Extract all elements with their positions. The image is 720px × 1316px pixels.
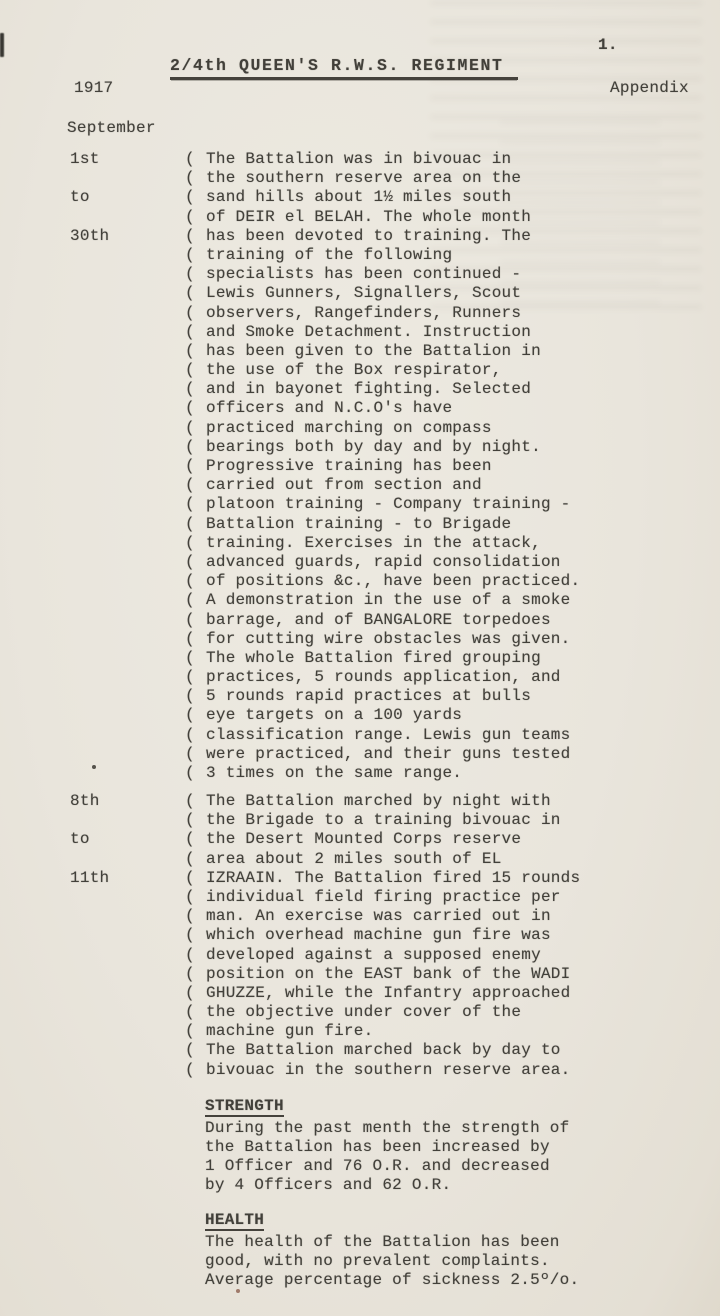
- entry-line-text: carried out from section and: [206, 476, 482, 494]
- entry-line-text: The Battalion marched back by day to: [206, 1041, 561, 1059]
- section-heading: HEALTH: [205, 1212, 264, 1231]
- entry-line-text: observers, Rangefinders, Runners: [206, 304, 521, 322]
- open-paren-mark: (: [185, 304, 206, 323]
- open-paren-mark: (: [185, 208, 206, 227]
- entry-line-text: which overhead machine gun fire was: [206, 926, 551, 944]
- entry-line-text: training of the following: [206, 246, 452, 264]
- open-paren-mark: (: [185, 946, 206, 965]
- open-paren-mark: (: [185, 265, 206, 284]
- entry-line-text: individual field firing practice per: [206, 888, 561, 906]
- open-paren-mark: (: [185, 476, 206, 495]
- open-paren-mark: (: [185, 965, 206, 984]
- open-paren-mark: (: [185, 706, 206, 725]
- entry-line: (of DEIR el BELAH. The whole month: [185, 208, 580, 227]
- entry-line: (5 rounds rapid practices at bulls: [185, 687, 580, 706]
- open-paren-mark: (: [185, 591, 206, 610]
- open-paren-mark: (: [185, 399, 206, 418]
- entry-line: (has been given to the Battalion in: [185, 342, 580, 361]
- entry-line: (has been devoted to training. The: [185, 227, 580, 246]
- entry-lines: (The Battalion marched by night with(the…: [185, 792, 580, 1080]
- open-paren-mark: (: [185, 830, 206, 849]
- entry-line-text: A demonstration in the use of a smoke: [206, 591, 571, 609]
- entry-line: (developed against a supposed enemy: [185, 946, 580, 965]
- open-paren-mark: (: [185, 323, 206, 342]
- entry-line: (The Battalion marched back by day to: [185, 1041, 580, 1060]
- entry-line-text: 3 times on the same range.: [206, 764, 462, 782]
- entry-line: (position on the EAST bank of the WADI: [185, 965, 580, 984]
- entry-date-end: 30th: [70, 227, 109, 245]
- open-paren-mark: (: [185, 1041, 206, 1060]
- entry-line-text: position on the EAST bank of the WADI: [206, 965, 571, 983]
- open-paren-mark: (: [185, 907, 206, 926]
- open-paren-mark: (: [185, 888, 206, 907]
- entry-line-text: of positions &c., have been practiced.: [206, 572, 580, 590]
- entry-line: (the southern reserve area on the: [185, 169, 580, 188]
- open-paren-mark: (: [185, 553, 206, 572]
- entry-line-text: developed against a supposed enemy: [206, 946, 541, 964]
- entry-line: (The whole Battalion fired grouping: [185, 649, 580, 668]
- entry-line-text: the objective under cover of the: [206, 1003, 521, 1021]
- open-paren-mark: (: [185, 150, 206, 169]
- entry-line-text: bivouac in the southern reserve area.: [206, 1061, 571, 1079]
- entry-line: (and Smoke Detachment. Instruction: [185, 323, 580, 342]
- open-paren-mark: (: [185, 926, 206, 945]
- entry-line-text: 5 rounds rapid practices at bulls: [206, 687, 531, 705]
- entry-line-text: Lewis Gunners, Signallers, Scout: [206, 284, 521, 302]
- open-paren-mark: (: [185, 438, 206, 457]
- entry-line: (of positions &c., have been practiced.: [185, 572, 580, 591]
- entry-line: (observers, Rangefinders, Runners: [185, 304, 580, 323]
- entry-line: (classification range. Lewis gun teams: [185, 726, 580, 745]
- entry-line: (The Battalion was in bivouac in: [185, 150, 580, 169]
- entry-date-start: 1st: [70, 150, 100, 168]
- open-paren-mark: (: [185, 572, 206, 591]
- section-heading: STRENGTH: [205, 1098, 284, 1117]
- entry-lines: (The Battalion was in bivouac in(the sou…: [185, 150, 580, 783]
- report-section: STRENGTHDuring the past menth the streng…: [205, 1097, 685, 1195]
- entry-line-text: machine gun fire.: [206, 1022, 373, 1040]
- entry-line: (which overhead machine gun fire was: [185, 926, 580, 945]
- entry-date-mid: to: [70, 830, 90, 848]
- open-paren-mark: (: [185, 984, 206, 1003]
- open-paren-mark: (: [185, 630, 206, 649]
- entry-line: (practices, 5 rounds application, and: [185, 668, 580, 687]
- section-line: 1 Officer and 76 O.R. and decreased: [205, 1157, 685, 1176]
- entry-line: (platoon training - Company training -: [185, 495, 580, 514]
- open-paren-mark: (: [185, 419, 206, 438]
- entry-line-text: specialists has been continued -: [206, 265, 521, 283]
- section-line: Average percentage of sickness 2.5º/o.: [205, 1271, 685, 1290]
- entry-date-end: 11th: [70, 869, 109, 887]
- open-paren-mark: (: [185, 361, 206, 380]
- entry-line: (Lewis Gunners, Signallers, Scout: [185, 284, 580, 303]
- entry-line: (The Battalion marched by night with: [185, 792, 580, 811]
- entry-line-text: practiced marching on compass: [206, 419, 492, 437]
- entry-line-text: barrage, and of BANGALORE torpedoes: [206, 611, 551, 629]
- entry-line: (the Brigade to a training bivouac in: [185, 811, 580, 830]
- entry-line: (man. An exercise was carried out in: [185, 907, 580, 926]
- entry-line: (practiced marching on compass: [185, 419, 580, 438]
- entry-line: (training. Exercises in the attack,: [185, 534, 580, 553]
- entry-line-text: and Smoke Detachment. Instruction: [206, 323, 531, 341]
- entry-line: (machine gun fire.: [185, 1022, 580, 1041]
- entry-line-text: practices, 5 rounds application, and: [206, 668, 561, 686]
- entry-line: (Progressive training has been: [185, 457, 580, 476]
- entry-line: (bearings both by day and by night.: [185, 438, 580, 457]
- entry-line-text: sand hills about 1½ miles south: [206, 188, 511, 206]
- entry-line: (bivouac in the southern reserve area.: [185, 1061, 580, 1080]
- section-line: The health of the Battalion has been: [205, 1233, 685, 1252]
- open-paren-mark: (: [185, 869, 206, 888]
- open-paren-mark: (: [185, 227, 206, 246]
- entry-line: (advanced guards, rapid consolidation: [185, 553, 580, 572]
- open-paren-mark: (: [185, 515, 206, 534]
- entry-line-text: the southern reserve area on the: [206, 169, 521, 187]
- entry-line-text: were practiced, and their guns tested: [206, 745, 571, 763]
- entry-line: (and in bayonet fighting. Selected: [185, 380, 580, 399]
- entry-line: (sand hills about 1½ miles south: [185, 188, 580, 207]
- entry-line: (the objective under cover of the: [185, 1003, 580, 1022]
- open-paren-mark: (: [185, 246, 206, 265]
- open-paren-mark: (: [185, 534, 206, 553]
- entry-line-text: for cutting wire obstacles was given.: [206, 630, 571, 648]
- open-paren-mark: (: [185, 284, 206, 303]
- entry-line: (training of the following: [185, 246, 580, 265]
- entry-line: (for cutting wire obstacles was given.: [185, 630, 580, 649]
- entry-line-text: advanced guards, rapid consolidation: [206, 553, 561, 571]
- section-line: During the past menth the strength of: [205, 1119, 685, 1138]
- open-paren-mark: (: [185, 342, 206, 361]
- section-line: by 4 Officers and 62 O.R.: [205, 1176, 685, 1195]
- entry-line-text: platoon training - Company training -: [206, 495, 571, 513]
- open-paren-mark: (: [185, 1022, 206, 1041]
- entry-line: (officers and N.C.O's have: [185, 399, 580, 418]
- entry-line: (specialists has been continued -: [185, 265, 580, 284]
- diary-content: 1stto30th(The Battalion was in bivouac i…: [0, 0, 720, 1316]
- entry-line-text: Progressive training has been: [206, 457, 492, 475]
- entry-line-text: bearings both by day and by night.: [206, 438, 541, 456]
- open-paren-mark: (: [185, 457, 206, 476]
- entry-line-text: training. Exercises in the attack,: [206, 534, 541, 552]
- entry-line-text: man. An exercise was carried out in: [206, 907, 551, 925]
- open-paren-mark: (: [185, 811, 206, 830]
- entry-line-text: The Battalion was in bivouac in: [206, 150, 511, 168]
- entry-line-text: of DEIR el BELAH. The whole month: [206, 208, 531, 226]
- entry-line: (barrage, and of BANGALORE torpedoes: [185, 611, 580, 630]
- entry-line-text: The whole Battalion fired grouping: [206, 649, 541, 667]
- entry-line-text: GHUZZE, while the Infantry approached: [206, 984, 571, 1002]
- entry-line: (GHUZZE, while the Infantry approached: [185, 984, 580, 1003]
- entry-line-text: classification range. Lewis gun teams: [206, 726, 571, 744]
- entry-line: (individual field firing practice per: [185, 888, 580, 907]
- entry-line-text: has been given to the Battalion in: [206, 342, 541, 360]
- entry-line-text: The Battalion marched by night with: [206, 792, 551, 810]
- open-paren-mark: (: [185, 668, 206, 687]
- open-paren-mark: (: [185, 764, 206, 783]
- entry-line: (IZRAAIN. The Battalion fired 15 rounds: [185, 869, 580, 888]
- entry-line: (3 times on the same range.: [185, 764, 580, 783]
- section-line: good, with no prevalent complaints.: [205, 1252, 685, 1271]
- open-paren-mark: (: [185, 745, 206, 764]
- entry-line-text: the Brigade to a training bivouac in: [206, 811, 561, 829]
- war-diary-page: 1. 2/4th QUEEN'S R.W.S. REGIMENT 1917 Ap…: [0, 0, 720, 1316]
- open-paren-mark: (: [185, 726, 206, 745]
- entry-line-text: eye targets on a 100 yards: [206, 706, 462, 724]
- open-paren-mark: (: [185, 188, 206, 207]
- entry-line: (Battalion training - to Brigade: [185, 515, 580, 534]
- entry-line: (the use of the Box respirator,: [185, 361, 580, 380]
- open-paren-mark: (: [185, 850, 206, 869]
- report-section: HEALTHThe health of the Battalion has be…: [205, 1211, 685, 1290]
- open-paren-mark: (: [185, 1003, 206, 1022]
- entry-line-text: the Desert Mounted Corps reserve: [206, 830, 521, 848]
- open-paren-mark: (: [185, 649, 206, 668]
- entry-line-text: has been devoted to training. The: [206, 227, 531, 245]
- entry-date-start: 8th: [70, 792, 100, 810]
- entry-line: (were practiced, and their guns tested: [185, 745, 580, 764]
- open-paren-mark: (: [185, 380, 206, 399]
- entry-line: (carried out from section and: [185, 476, 580, 495]
- open-paren-mark: (: [185, 687, 206, 706]
- open-paren-mark: (: [185, 169, 206, 188]
- entry-line-text: officers and N.C.O's have: [206, 399, 452, 417]
- section-line: the Battalion has been increased by: [205, 1138, 685, 1157]
- entry-line: (A demonstration in the use of a smoke: [185, 591, 580, 610]
- open-paren-mark: (: [185, 792, 206, 811]
- entry-line: (eye targets on a 100 yards: [185, 706, 580, 725]
- entry-line-text: IZRAAIN. The Battalion fired 15 rounds: [206, 869, 580, 887]
- entry-line: (area about 2 miles south of EL: [185, 850, 580, 869]
- open-paren-mark: (: [185, 611, 206, 630]
- entry-line-text: area about 2 miles south of EL: [206, 850, 502, 868]
- entry-line-text: Battalion training - to Brigade: [206, 515, 511, 533]
- entry-line-text: and in bayonet fighting. Selected: [206, 380, 531, 398]
- entry-date-mid: to: [70, 188, 90, 206]
- entry-line: (the Desert Mounted Corps reserve: [185, 830, 580, 849]
- entry-line-text: the use of the Box respirator,: [206, 361, 502, 379]
- open-paren-mark: (: [185, 495, 206, 514]
- open-paren-mark: (: [185, 1061, 206, 1080]
